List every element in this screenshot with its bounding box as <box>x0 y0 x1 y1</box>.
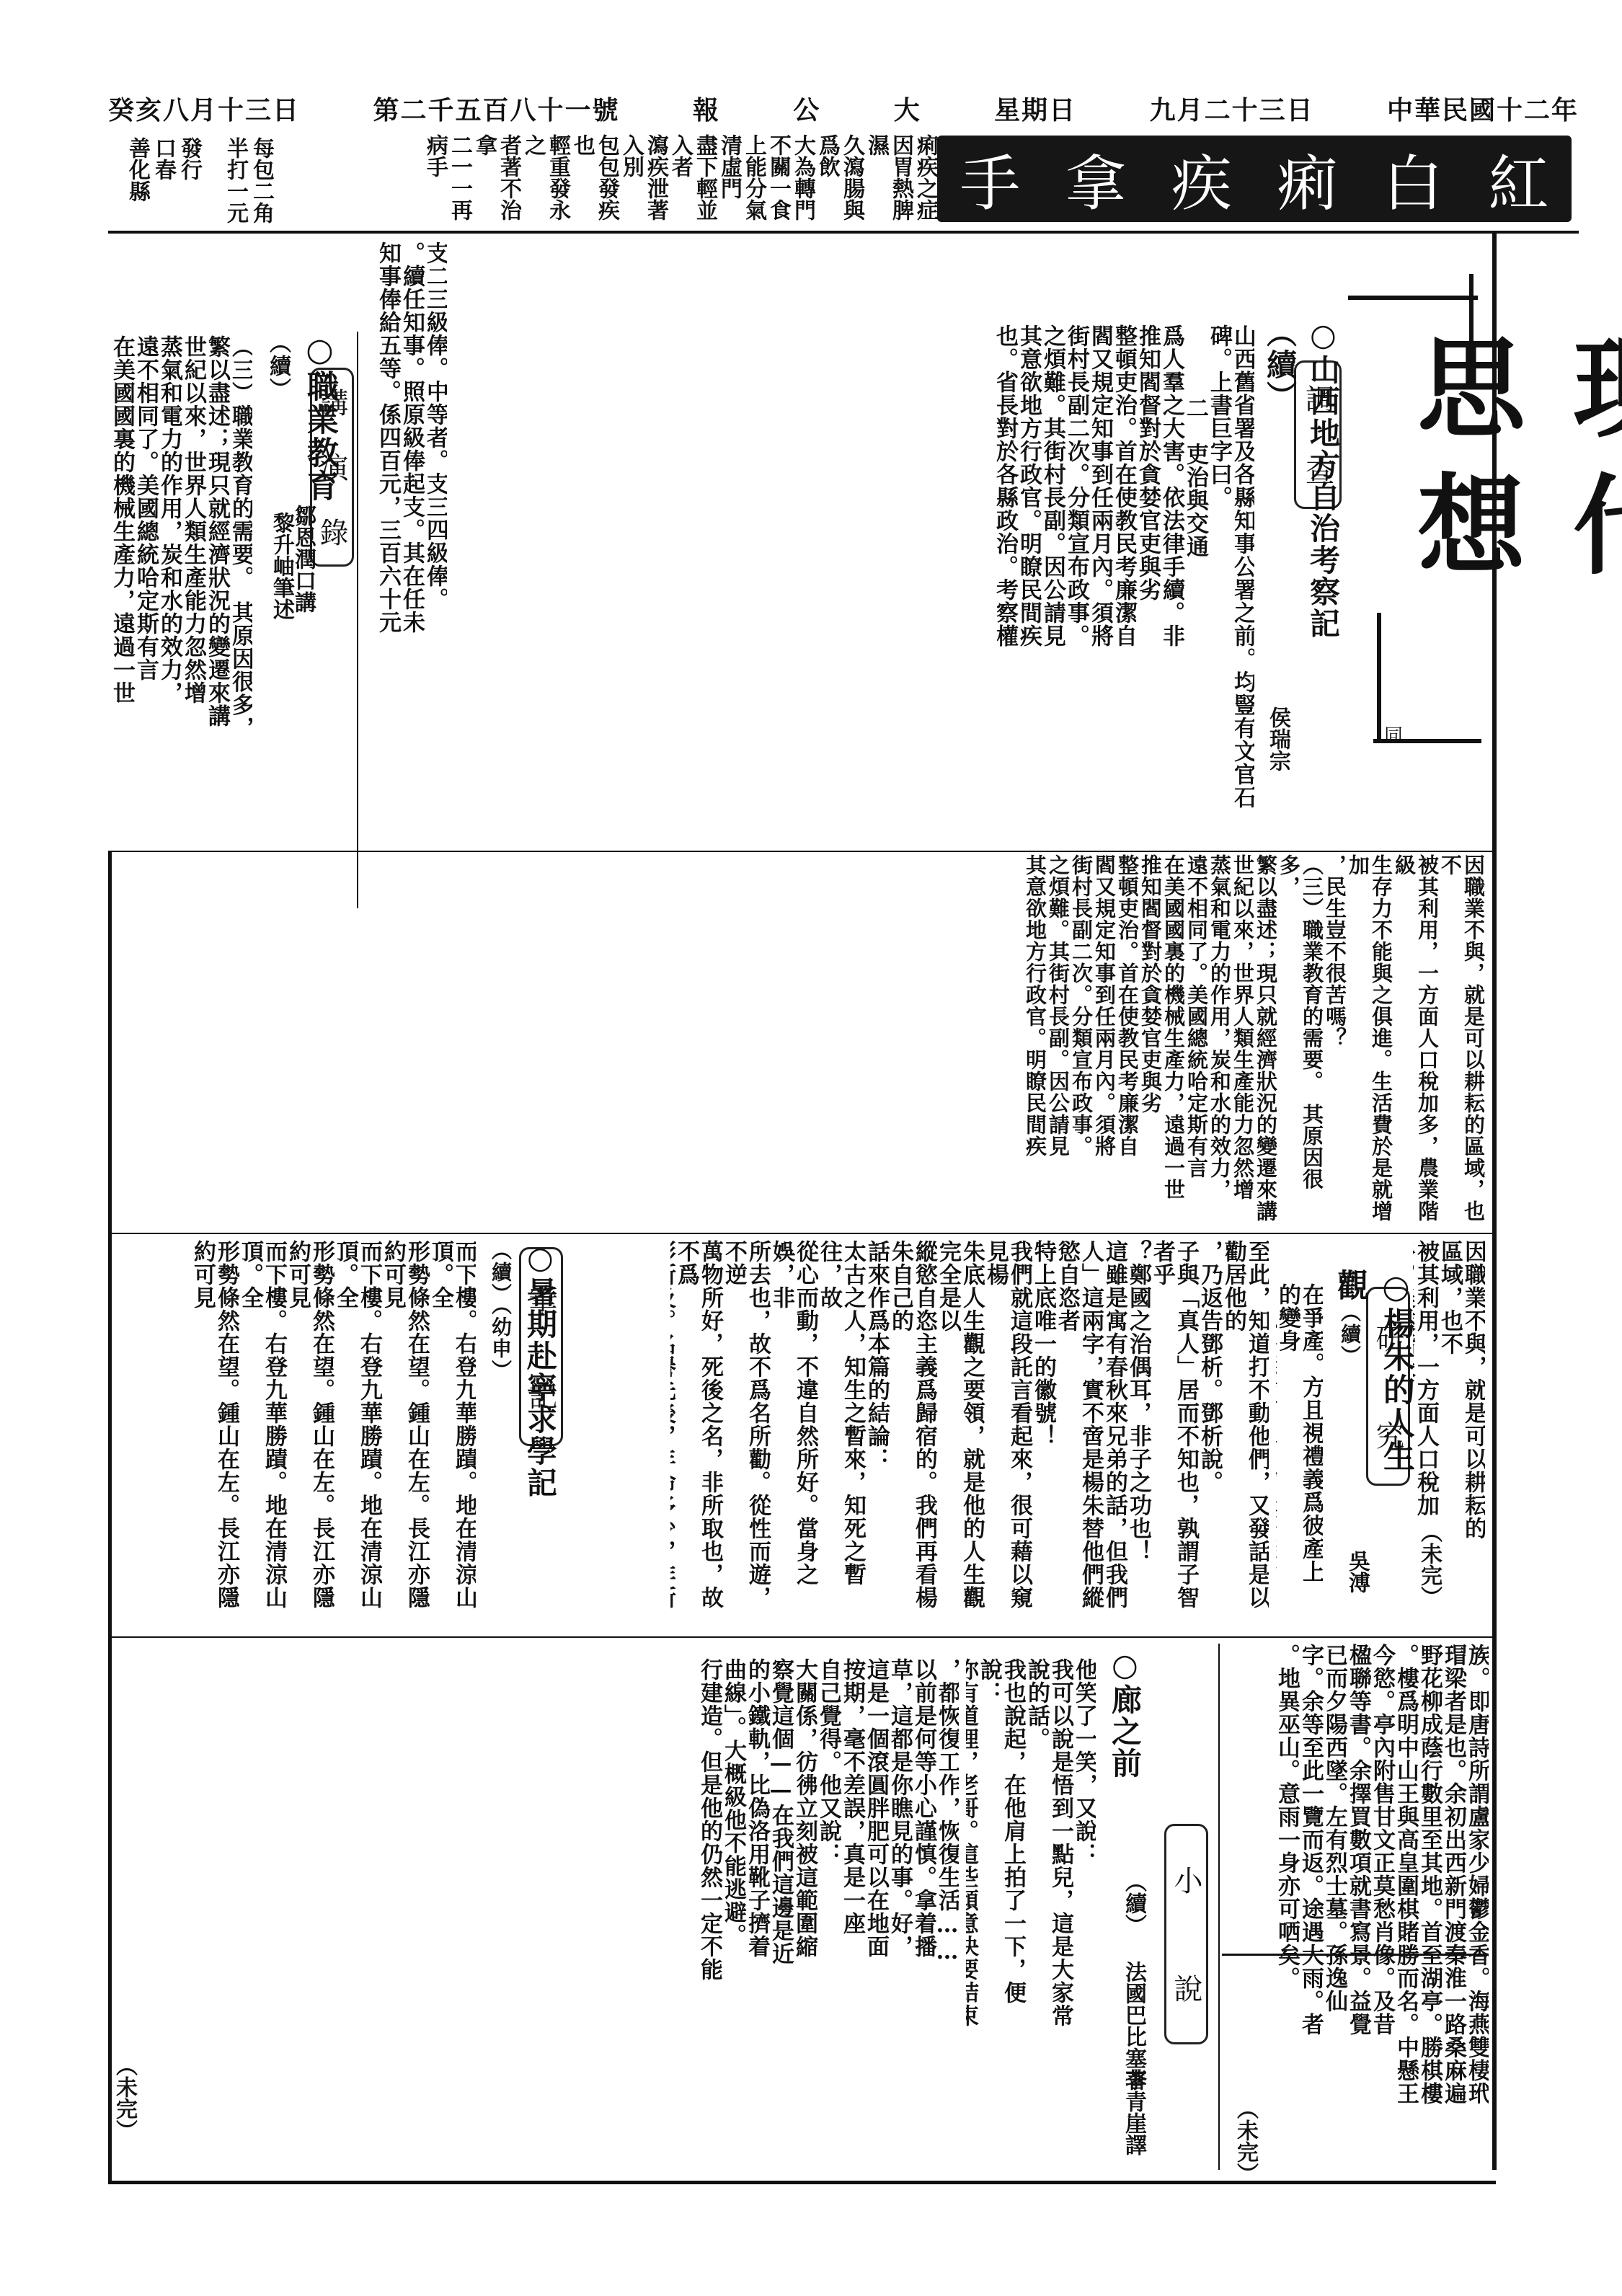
text-column: 草，這都是你瞧見的事。好， <box>887 1658 911 2177</box>
banner-char: 紅 <box>1489 136 1549 223</box>
text-column: 以前是何等小心謹慎。拿着播 <box>911 1658 935 2177</box>
masthead-item: 第二千五百八十一號 <box>373 90 619 127</box>
middle-band-text: 因職業不與，就是可以耕耘的區域，也不 被其利用，一方面人口稅加多，農業階級 生存… <box>108 854 1485 1229</box>
text-column: 我可以說是悟到一點兒，這是大家常說的話。 <box>1024 1658 1072 2033</box>
text-column: 在美國國裏的機械生產力，遠過一世 <box>1162 854 1185 1229</box>
headline-text: ○暑期赴寧求學記 <box>523 1240 558 1499</box>
masthead-item: 星期日 <box>994 90 1076 127</box>
left-border <box>108 851 112 2184</box>
corner-mark: 同 <box>1384 721 1403 748</box>
text-column: 按期，毫不差誤，真是一座 <box>840 1658 864 2177</box>
masthead-item: 九月二十三日 <box>1150 90 1314 127</box>
text-column: 字。余等至此一覽而返。途遇大雨。者 <box>1298 1644 1322 2163</box>
article-body-novel-cont: ，都恢復工作，恢復生活…… 以前是何等小心謹慎。拿着播 草，這都是你瞧見的事。好… <box>137 1658 959 2177</box>
title-bracket-left <box>1377 613 1381 743</box>
text-column: 野花柳成蔭行數里至其地。首至湖亭。勝棋樓 <box>1417 1644 1441 2163</box>
byline-shanxi: 侯瑞宗 <box>1262 706 1293 771</box>
banner-char: 痢 <box>1277 136 1337 223</box>
text-column: 太古之人，知生之暫來，知死之暫往，故 <box>817 1240 864 1629</box>
text-column: 也。省長對於各縣政治。考察權 <box>995 324 1016 843</box>
text-column: 生存力不能與之俱進。生活費於是就增加 <box>1347 854 1393 1229</box>
text-column: ？鄭國之治偶耳，非子之功也！ <box>1126 1240 1150 1629</box>
section-title-modern-thought: 現代思想 <box>1384 332 1622 735</box>
text-column: 大關係，彷彿立刻被這範圍縮 <box>792 1658 816 2177</box>
text-column: 繁以盡述；現只就經濟狀況的變遷來講 <box>1254 854 1277 1229</box>
text-column: 我們就這段託言看起來，很可藉以窺見楊 <box>983 1240 1031 1629</box>
label-char: 說 <box>1166 1974 1207 2003</box>
article-body-vocational: （三）職業教育的需要。 其原因很多， 繁以盡述；現只就經濟狀況的變遷來講 世紀以… <box>108 335 252 840</box>
text-column: （三）職業教育的需要。 其原因很多， <box>1277 854 1324 1229</box>
ad-line: 上能分氣清虛門 <box>717 134 766 228</box>
banner-char: 疾 <box>1171 136 1232 223</box>
headline-text: ○楊朱的人生觀 <box>1331 1269 1414 1473</box>
article-body-shanxi: 山西舊省署及各縣知事公署之前。均豎有文官石碑。上書巨字曰。 二 吏治與交通 爲人… <box>995 324 1254 843</box>
text-column: 閻又規定知事到任兩月內。須將 <box>1088 324 1112 843</box>
ad-line: 久瀉腸與爲飲 <box>815 134 864 228</box>
text-column: 世紀以來，世界人類生產能力忽然增 <box>1231 854 1254 1229</box>
text-column: 而下樓。右登九華勝蹟。地在清涼山頂。全 <box>238 1240 285 1629</box>
ad-line: 二一一再病手 <box>422 134 471 228</box>
article-body-yangzhu-quote: 至此，知道打不動他們，又發話是以勸居他的 ，乃返告鄧析。鄧析說。 子與「真人」居… <box>670 1240 1269 1629</box>
translator: 李青崖譯 <box>1117 2069 1149 2155</box>
ad-seller: 發行 口春 善化縣 <box>123 137 202 231</box>
text-column: 而下樓。右登九華勝蹟。地在清涼山頂。全 <box>333 1240 381 1629</box>
text-column: 自己覺得。他又說： <box>816 1658 840 2177</box>
text-column: 街村長副二次。分類宣布政事。 <box>1064 324 1088 843</box>
continued-mark: （續） <box>1117 1871 1149 1936</box>
banner-char: 拿 <box>1065 136 1126 223</box>
article-body-study: 而下樓。右登九華勝蹟。地在清涼山頂。全 形勢條然在望。鍾山在左。長江亦隱約可見 … <box>108 1240 476 1629</box>
text-column: 之煩難。其街村長副。因公請見 <box>1040 324 1064 843</box>
banner-char: 手 <box>960 136 1020 223</box>
masthead-item: 中華民國十二年 <box>1387 90 1579 127</box>
divider <box>108 851 1492 852</box>
label-char: 小 <box>1166 1866 1207 1894</box>
text-column: 所去也，故不爲名所勸。從性而遊，不逆 <box>722 1240 769 1629</box>
text-column: 整頓吏治。首在使教民考廉潔自 <box>1116 854 1139 1229</box>
seller-line: 口春 <box>150 137 176 231</box>
continued-mark: （續） <box>489 1240 513 1305</box>
seller-line: 善化縣 <box>124 137 150 231</box>
text-column: 之煩難。其街村長副。因公請見 <box>1047 854 1070 1229</box>
ad-line: 盡下輕並入者 <box>668 134 717 228</box>
seller-line: 發行 <box>176 137 202 231</box>
text-column: 形所及。名譽先後，年命多少，非所量也 <box>670 1240 674 1629</box>
text-column: 這雖是寓有春秋來兄弟的話，但我們 <box>1102 1240 1126 1629</box>
end-mark: （未完） <box>1229 2098 1261 2184</box>
text-column: 而下樓。右登九華勝蹟。地在清涼山頂。全 <box>428 1240 476 1629</box>
text-column: 朱底人生觀之要領，就是他的人生觀完全是以 <box>936 1240 983 1629</box>
text-column: 瑁梁者是也。余初出西新門渡秦淮一路桑麻遍 <box>1441 1644 1465 2163</box>
masthead-item: 癸亥八月十三日 <box>108 90 300 127</box>
text-column: 從心而動，不違自然所好。當身之娛，非 <box>769 1240 817 1629</box>
text-column: 其意欲地方行政官。明瞭民間疾 <box>1016 324 1040 843</box>
text-column: 今慾。亭內附售甘文正莫愁肖像。及昔 <box>1370 1644 1393 2163</box>
text-column: 整頓吏治。首在使教民考廉潔自 <box>1112 324 1135 843</box>
text-column: 你有道理，老哥。這些頑意快要結束了。 <box>966 1658 977 2033</box>
divider <box>108 231 1579 234</box>
newspaper-page: 中華民國十二年 九月二十三日 星期日 大 公 報 第二千五百八十一號 癸亥八月十… <box>108 87 1579 2199</box>
text-column: 因職業不與，就是可以耕耘的區域，也不 <box>1437 1240 1485 1543</box>
text-column: 知事俸給五等。係四百元，三百六十元 <box>376 241 399 847</box>
text-column: （三）職業教育的需要。 其原因很多， <box>229 335 252 840</box>
salary-columns: 支二三級俸。中等者。支三四級俸。 。續任知事。照原級俸起支。其在任未 知事俸給五… <box>368 241 447 847</box>
text-column: 閻又規定知事到任兩月內。須將 <box>1093 854 1116 1229</box>
text-column: 特上底唯一的徽號！ <box>1031 1240 1055 1629</box>
continued-mark: （續） <box>1338 1302 1362 1367</box>
text-column: 街村長副二次。分類宣布政事。 <box>1070 854 1093 1229</box>
text-column: 察覺這個——在我們這邊是近 <box>768 1658 792 2177</box>
text-column: 形勢條然在望。鍾山在左。長江亦隱約可見 <box>381 1240 428 1629</box>
text-column: 人」這兩字，實不啻是楊朱替他們縱慾自恣者 <box>1055 1240 1102 1629</box>
masthead-item: 公 <box>793 90 820 127</box>
ad-line: 大為轉門不關一食 <box>766 134 815 228</box>
ad-price: 每包二角 半打一元 <box>209 137 274 231</box>
divider <box>1222 1954 1489 1956</box>
text-column: 推知閻督對於貪婪官吏與劣 <box>1135 324 1159 843</box>
article-body-novel: 他笑了一笑，又說： 我可以說是悟到一點兒，這是大家常說的話。 我也說起，在他肩上… <box>966 1658 1096 2033</box>
masthead-item: 大 <box>894 90 921 127</box>
text-column: 爲人羣之大害。依法律手續。非 <box>1159 324 1183 843</box>
text-column: ，民生豈不很苦嗎？ <box>1324 854 1347 1229</box>
text-column: 世紀以來，世界人類生產能力忽然增 <box>181 335 205 840</box>
text-column: 曲線」。大概級他不能逃避。 <box>721 1658 745 2177</box>
ad-line: 包包發疾也 <box>570 134 619 228</box>
price-line: 每包二角 <box>248 137 274 231</box>
bottom-border <box>108 2181 1496 2184</box>
text-column: 繁以盡述；現只就經濟狀況的變遷來講 <box>205 335 229 840</box>
text-column: 。續任知事。照原級俸起支。其在任未 <box>399 241 423 847</box>
masthead: 中華民國十二年 九月二十三日 星期日 大 公 報 第二千五百八十一號 癸亥八月十… <box>108 87 1579 130</box>
ad-body: 痢疾之症因胃熱脾濕 久瀉腸與爲飲 大為轉門不關一食 上能分氣清虛門 盡下輕並入者… <box>433 134 937 228</box>
text-column: 我也說起，在他肩上拍了一下，便說： <box>977 1658 1024 2033</box>
text-column: 行建造。但是他的仍然一定不能 <box>697 1658 721 2177</box>
ad-banner: 紅 白 痢 疾 拿 手 <box>937 136 1572 222</box>
text-column: 已而夕陽西墜。左有烈士墓。孫逸仙 <box>1322 1644 1346 2163</box>
column-divider <box>357 332 358 908</box>
text-column: 在美國國裏的機械生產力，遠過一世 <box>110 335 133 840</box>
divider <box>108 1233 1492 1234</box>
ad-line: 者著不治拿 <box>471 134 520 228</box>
text-column: 的小鐵軌，比偽洛用靴子擠着 <box>745 1658 768 2177</box>
text-column: 。樓爲明中山王與高皇圍棋賭勝而名。中懸王 <box>1393 1644 1417 2163</box>
text-column: ，乃返告鄧析。鄧析說。 <box>1197 1240 1221 1629</box>
text-column: 被其利用，一方面人口稅加多，農業階級 <box>1413 1240 1437 1543</box>
headline-shanxi: ○山西地方自治考察記（續） <box>1258 317 1344 692</box>
text-column: 形勢條然在望。鍾山在左。長江亦隱約可見 <box>285 1240 333 1629</box>
text-column: 遠不相同了。美國總統哈定斯有言 <box>133 335 157 840</box>
text-column: 遠不相同了。美國總統哈定斯有言 <box>1185 854 1208 1229</box>
article-body-yangzhu-intro: 因職業不與，就是可以耕耘的區域，也不 被其利用，一方面人口稅加多，農業階級 生存… <box>1413 1240 1485 1543</box>
text-column: 這是一個滾圓胖肥可以在地面 <box>864 1658 887 2177</box>
headline-novel: ○廊之前 <box>1103 1647 1146 1791</box>
text-column: ，都恢復工作，恢復生活…… <box>935 1658 959 2177</box>
column-divider <box>1218 1644 1220 2170</box>
text-column: 族。即唐詩所謂盧家少婦鬱金香。海燕雙棲玳 <box>1465 1644 1489 2163</box>
text-column: 被其利用，一方面人口稅加多，農業階級 <box>1393 854 1439 1229</box>
ad-line: 輕重發永之 <box>520 134 570 228</box>
end-mark: （未完） <box>108 2055 140 2141</box>
title-bracket-top <box>1348 296 1478 300</box>
text-column: 蒸氣和電力的作用，炭和水的效力， <box>157 335 181 840</box>
text-column: 。地異巫山。意雨一身亦可哂矣。 <box>1275 1644 1298 2163</box>
headline-study: ○暑期赴寧求學記（續）（幼申） <box>483 1240 562 1543</box>
text-column: 至此，知道打不動他們，又發話是以勸居他的 <box>1221 1240 1269 1629</box>
continued-mark: （續） <box>1262 317 1298 412</box>
continued-mark: （續） <box>265 332 291 401</box>
byline: （幼申） <box>489 1305 513 1381</box>
article-body-yangzhu-start: 在爭產。方且視禮義爲彼產上的變身 ，以爲無論何人，均是不能背離禮義的。 <box>1276 1283 1323 1586</box>
ad-line: 痢疾之症因胃熱脾濕 <box>864 134 937 228</box>
text-column: 子與「真人」居而不知也，孰謂子智者乎 <box>1150 1240 1197 1629</box>
text-column: 縱慾自恣主義爲歸宿的。我們再看楊朱自己的 <box>888 1240 936 1629</box>
divider <box>108 1636 1492 1638</box>
article-body-travel: 族。即唐詩所謂盧家少婦鬱金香。海燕雙棲玳 瑁梁者是也。余初出西新門渡秦淮一路桑麻… <box>1222 1644 1489 2163</box>
text-column: 話來作爲本篇的結論： <box>864 1240 888 1629</box>
text-column: 形勢條然在望。鍾山在左。長江亦隱約可見 <box>190 1240 238 1629</box>
masthead-item: 報 <box>693 90 720 127</box>
price-line: 半打一元 <box>222 137 248 231</box>
text-column: 萬物所好，死後之名，非所取也，故不爲 <box>674 1240 722 1629</box>
byline-yangzhu: 吳溥 <box>1341 1550 1373 1593</box>
headline-text: ○職業教育 <box>301 332 338 502</box>
ad-line: 瀉疾泄著入別 <box>619 134 668 228</box>
text-column: 推知閻督對於貪婪官吏與劣 <box>1139 854 1162 1229</box>
headline-yangzhu: ○楊朱的人生觀（續） <box>1326 1269 1419 1485</box>
text-column: 他笑了一笑，又說： <box>1072 1658 1096 2033</box>
subheading: 二 吏治與交通 <box>1183 324 1207 843</box>
text-column: 因職業不與，就是可以耕耘的區域，也不 <box>1439 854 1485 1229</box>
banner-char: 白 <box>1383 136 1443 223</box>
section-label-novel: 小 說 <box>1164 1824 1208 2044</box>
recorder: 黎升岫筆述 <box>265 512 297 620</box>
headline-text: ○山西地方自治考察記 <box>1306 317 1341 639</box>
text-column: 楹聯等書。余擇買數項就書寫景。益覺 <box>1346 1644 1370 2163</box>
text-column: 支二三級俸。中等者。支三四級俸。 <box>423 241 447 847</box>
text-column: 山西舊省署及各縣知事公署之前。均豎有文官石碑。上書巨字曰。 <box>1207 324 1254 843</box>
text-column: 其意欲地方行政官。明瞭民間疾 <box>1024 854 1047 1229</box>
text-column: 在爭產。方且視禮義爲彼產上的變身 <box>1276 1283 1323 1586</box>
text-column: 蒸氣和電力的作用，炭和水的效力， <box>1208 854 1231 1229</box>
